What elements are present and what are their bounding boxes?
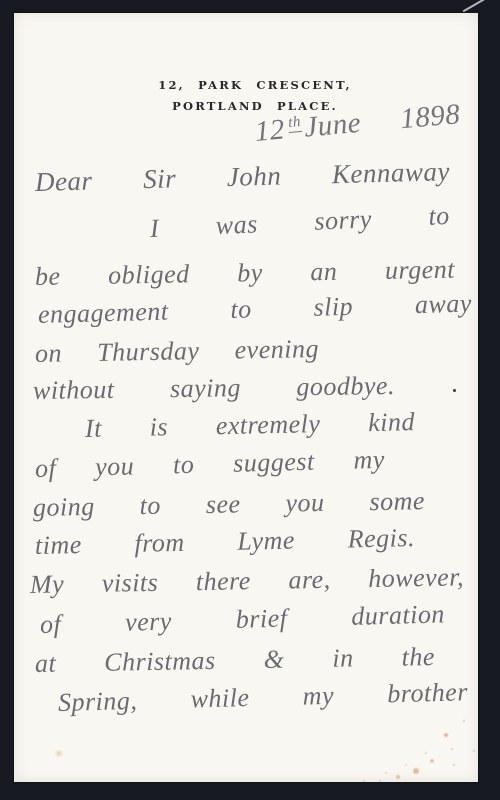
salutation-line: Dear Sir John Kennaway [35, 157, 451, 198]
handwritten-line: going to see you some [33, 487, 425, 522]
ink-speck [453, 389, 456, 392]
foxing-stain-spot [56, 751, 62, 756]
handwritten-line: without saying goodbye. [33, 372, 395, 406]
handwritten-line: My visits there are, however, [30, 563, 464, 599]
handwritten-line: of you to suggest my [35, 446, 386, 484]
date-day: 12 [254, 113, 287, 147]
letter-photo-background: 12, PARK CRESCENT, PORTLAND PLACE. 12thJ… [0, 0, 500, 800]
handwritten-line: on Thursday evening [35, 335, 319, 369]
letterhead-address-line1: 12, PARK CRESCENT, [23, 75, 487, 96]
handwritten-line: time from Lyme Regis. [35, 524, 416, 561]
date-ordinal: th [288, 114, 302, 133]
handwritten-line: I was sorry to [149, 202, 450, 244]
letter-paper: 12, PARK CRESCENT, PORTLAND PLACE. 12thJ… [14, 13, 478, 782]
handwritten-line: be obliged by an urgent [35, 256, 455, 292]
foxing-stain-cluster [444, 733, 448, 737]
scratch-mark [463, 0, 490, 12]
handwritten-line: It is extremely kind [85, 408, 416, 443]
handwritten-line: Spring, while my brother [58, 678, 469, 717]
handwritten-line: engagement to slip away [38, 290, 473, 330]
handwritten-line: at Christmas & in the [35, 643, 435, 679]
handwritten-line: of very brief duration [40, 600, 446, 639]
